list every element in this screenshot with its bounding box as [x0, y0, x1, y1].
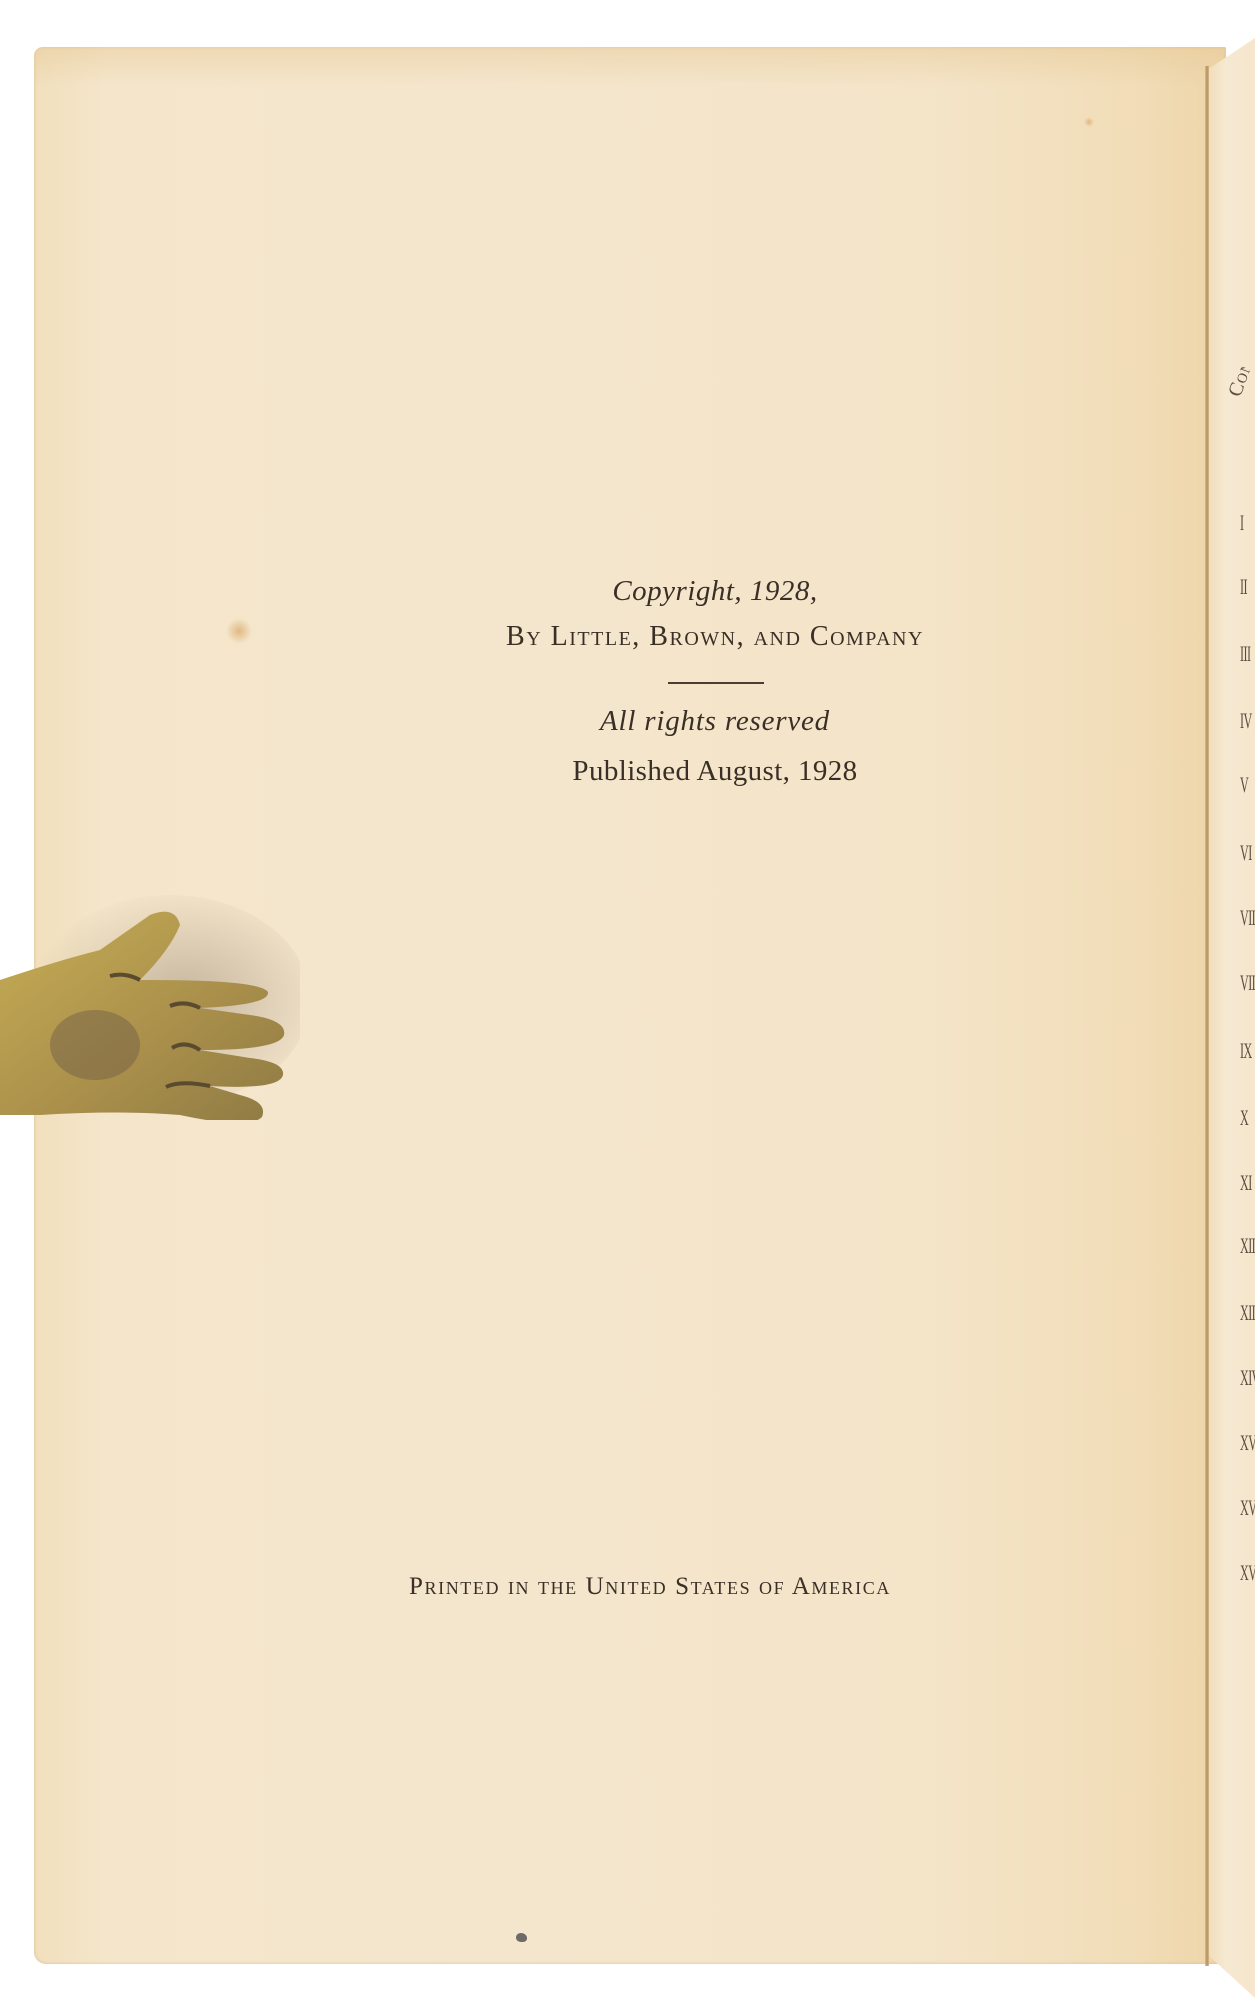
chapter-numeral: XVII: [1240, 1560, 1255, 1586]
divider-rule: [668, 682, 764, 684]
publisher-line: By Little, Brown, and Company: [0, 621, 1255, 653]
chapter-numeral: IX: [1240, 1038, 1252, 1064]
chapter-numeral: II: [1240, 574, 1247, 600]
chapter-numeral: XII: [1240, 1233, 1255, 1259]
right-page: [1207, 38, 1255, 2000]
chapter-numeral: IV: [1240, 708, 1252, 734]
chapter-numeral: XI: [1240, 1170, 1252, 1196]
foxing-stain: [1084, 117, 1094, 127]
rights-line: All rights reserved: [0, 705, 1255, 738]
chapter-numeral: XIV: [1240, 1365, 1255, 1391]
chapter-numeral: III: [1240, 641, 1250, 667]
chapter-numeral: VIII: [1240, 970, 1255, 996]
chapter-numeral: VII: [1240, 905, 1255, 931]
copyright-line: Copyright, 1928,: [0, 575, 1255, 608]
chapter-numeral: XV: [1240, 1430, 1255, 1456]
printed-in-line: Printed in the United States of America: [409, 1573, 891, 1601]
chapter-numeral: I: [1240, 510, 1243, 536]
published-line: Published August, 1928: [0, 755, 1255, 788]
chapter-numeral: X: [1240, 1105, 1248, 1131]
chapter-numeral: VI: [1240, 840, 1252, 866]
chapter-numeral: V: [1240, 772, 1248, 798]
book-gutter: [1205, 66, 1209, 1966]
brass-hand-clip-icon: [0, 880, 300, 1120]
chapter-numeral: XVI: [1240, 1495, 1255, 1521]
chapter-numeral: XIII: [1240, 1300, 1255, 1326]
ink-spot: [516, 1933, 527, 1942]
